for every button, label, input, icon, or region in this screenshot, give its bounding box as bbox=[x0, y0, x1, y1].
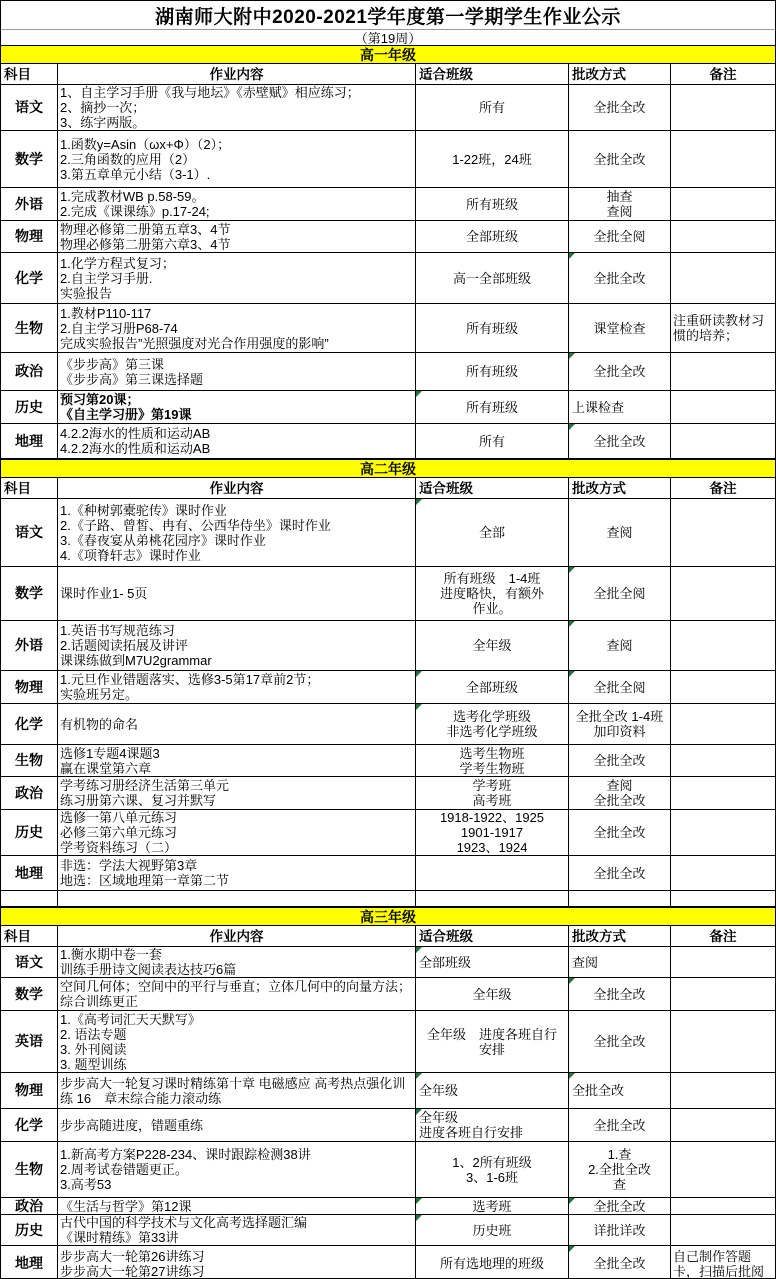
content-cell: 1.化学方程式复习； 2.自主学习手册. 实验报告 bbox=[58, 253, 416, 304]
grading-method-cell: 详批详改 bbox=[569, 1215, 671, 1246]
grading-method-cell: 全批全改 bbox=[569, 85, 671, 131]
grading-method-cell: 课堂检查 bbox=[569, 304, 671, 353]
table-row: 地理非选：学法大视野第3章 地选：区域地理第一章第二节全批全改 bbox=[1, 856, 775, 891]
table-row: 生物1.新高考方案P228-234、课时跟踪检测38讲 2.周考试卷错题更正。 … bbox=[1, 1142, 775, 1198]
fit-classes-cell: 所有班级 1-4班 进度略快，有额外 作业。 bbox=[416, 567, 569, 621]
note-cell bbox=[671, 499, 775, 567]
note-cell bbox=[671, 1215, 775, 1246]
content-cell: 选修一第八单元练习 必修三第六单元练习 学考资料练习（二） bbox=[58, 810, 416, 856]
subject-cell: 数学 bbox=[1, 567, 58, 621]
content-cell: 非选：学法大视野第3章 地选：区域地理第一章第二节 bbox=[58, 856, 416, 891]
grading-method-cell: 全批全阅 bbox=[569, 221, 671, 253]
fit-classes-cell: 所有 bbox=[416, 424, 569, 459]
content-cell: 4.2.2海水的性质和运动AB 4.2.2海水的性质和运动AB bbox=[58, 424, 416, 459]
fit-classes-cell: 高一全部班级 bbox=[416, 253, 569, 304]
subject-cell: 化学 bbox=[1, 704, 58, 745]
note-cell bbox=[671, 391, 775, 424]
cell-comment-marker-icon bbox=[569, 1246, 575, 1252]
note-cell bbox=[671, 810, 775, 856]
note-cell bbox=[671, 671, 775, 704]
table-row: 政治《步步高》第三课 《步步高》第三课选择题所有班级全批全改 bbox=[1, 353, 775, 391]
grading-method-cell: 上课检查 bbox=[569, 391, 671, 424]
grading-method-cell: 1.查 2.全批全改 查 bbox=[569, 1142, 671, 1198]
subject-cell: 地理 bbox=[1, 424, 58, 459]
column-header-row: 科目作业内容适合班级批改方式备注 bbox=[1, 926, 775, 947]
section-header-band: 高三年级 bbox=[1, 907, 775, 926]
content-cell: 选修1专题4课题3 赢在课堂第六章 bbox=[58, 745, 416, 777]
fit-classes-cell: 全部 bbox=[416, 499, 569, 567]
table-row: 历史古代中国的科学技术与文化高考选择题汇编 《课时精练》第33讲历史班详批详改 bbox=[1, 1215, 775, 1246]
section-header-band: 高一年级 bbox=[1, 45, 775, 64]
note-cell bbox=[671, 621, 775, 671]
column-header: 备注 bbox=[671, 64, 775, 85]
subject-cell: 物理 bbox=[1, 221, 58, 253]
fit-classes-cell: 所有选地理的班级 bbox=[416, 1246, 569, 1279]
cell-comment-marker-icon bbox=[416, 499, 422, 505]
content-cell bbox=[58, 891, 416, 907]
fit-classes-cell: 全部班级 bbox=[416, 947, 569, 978]
table-row bbox=[1, 891, 775, 907]
table-row: 生物1.教材P110-117 2.自主学习册P68-74 完成实验报告”光照强度… bbox=[1, 304, 775, 353]
table-row: 历史预习第20课； 《自主学习册》第19课所有班级上课检查 bbox=[1, 391, 775, 424]
table-row: 物理1.元旦作业错题落实、选修3-5第17章前2节； 实验班另定。全部班级全批全… bbox=[1, 671, 775, 704]
table-row: 地理4.2.2海水的性质和运动AB 4.2.2海水的性质和运动AB所有全批全改 bbox=[1, 424, 775, 459]
table-row: 英语1.《高考词汇天天默写》 2. 语法专题 3. 外刊阅读 3. 题型训练全年… bbox=[1, 1011, 775, 1073]
content-cell: 古代中国的科学技术与文化高考选择题汇编 《课时精练》第33讲 bbox=[58, 1215, 416, 1246]
table-row: 外语1.英语书写规范练习 2.话题阅读拓展及讲评 课课练做到M7U2gramma… bbox=[1, 621, 775, 671]
cell-comment-marker-icon bbox=[416, 391, 422, 397]
subject-cell: 历史 bbox=[1, 391, 58, 424]
table-row: 数学课时作业1- 5页所有班级 1-4班 进度略快，有额外 作业。全批全阅 bbox=[1, 567, 775, 621]
table-row: 政治《生活与哲学》第12课选考班全批全改 bbox=[1, 1198, 775, 1215]
content-cell: 步步高大一轮复习课时精练第十章 电磁感应 高考热点强化训练 16 章末综合能力滚… bbox=[58, 1073, 416, 1109]
cell-comment-marker-icon bbox=[416, 671, 422, 677]
note-cell bbox=[671, 1011, 775, 1073]
column-header: 批改方式 bbox=[569, 926, 671, 947]
grading-method-cell: 全批全改 bbox=[569, 856, 671, 891]
table-row: 语文1、自主学习手册《我与地坛》《赤壁赋》相应练习； 2、摘抄一次； 3、练字两… bbox=[1, 85, 775, 131]
subject-cell: 生物 bbox=[1, 745, 58, 777]
fit-classes-cell: 所有班级 bbox=[416, 353, 569, 391]
fit-classes-cell: 所有班级 bbox=[416, 304, 569, 353]
note-cell bbox=[671, 253, 775, 304]
grading-method-cell: 全批全阅 bbox=[569, 671, 671, 704]
fit-classes-cell: 全部班级 bbox=[416, 221, 569, 253]
note-cell bbox=[671, 777, 775, 810]
note-cell bbox=[671, 978, 775, 1011]
grading-method-cell: 全批全改 bbox=[569, 978, 671, 1011]
note-cell bbox=[671, 1109, 775, 1142]
subject-cell: 政治 bbox=[1, 1198, 58, 1215]
subject-cell: 政治 bbox=[1, 777, 58, 810]
content-cell: 步步高随进度，错题重练 bbox=[58, 1109, 416, 1142]
column-header: 作业内容 bbox=[58, 926, 416, 947]
table-row: 历史选修一第八单元练习 必修三第六单元练习 学考资料练习（二）1918-1922… bbox=[1, 810, 775, 856]
subject-cell: 历史 bbox=[1, 810, 58, 856]
table-row: 物理步步高大一轮复习课时精练第十章 电磁感应 高考热点强化训练 16 章末综合能… bbox=[1, 1073, 775, 1109]
cell-comment-marker-icon bbox=[416, 1198, 422, 1204]
content-cell: 《生活与哲学》第12课 bbox=[58, 1198, 416, 1215]
page-title: 湖南师大附中2020-2021学年度第一学期学生作业公示 bbox=[1, 1, 775, 30]
column-header: 适合班级 bbox=[416, 926, 569, 947]
subject-cell: 数学 bbox=[1, 978, 58, 1011]
table-row: 物理物理必修第二册第五章3、4节 物理必修第二册第六章3、4节全部班级全批全阅 bbox=[1, 221, 775, 253]
fit-classes-cell: 选考化学班级 非选考化学班级 bbox=[416, 704, 569, 745]
content-cell: 预习第20课； 《自主学习册》第19课 bbox=[58, 391, 416, 424]
content-cell: 1.完成教材WB p.58-59。 2.完成《课课练》p.17-24; bbox=[58, 188, 416, 221]
content-cell: 学考练习册经济生活第三单元 练习册第六课、复习并默写 bbox=[58, 777, 416, 810]
content-cell: 1.新高考方案P228-234、课时跟踪检测38讲 2.周考试卷错题更正。 3.… bbox=[58, 1142, 416, 1198]
note-cell bbox=[671, 704, 775, 745]
column-header: 适合班级 bbox=[416, 478, 569, 499]
cell-comment-marker-icon bbox=[569, 1073, 575, 1079]
content-cell: 1.教材P110-117 2.自主学习册P68-74 完成实验报告”光照强度对光… bbox=[58, 304, 416, 353]
content-cell: 有机物的命名 bbox=[58, 704, 416, 745]
column-header: 备注 bbox=[671, 478, 775, 499]
cell-comment-marker-icon bbox=[569, 1198, 575, 1204]
fit-classes-cell: 学考班 高考班 bbox=[416, 777, 569, 810]
subject-cell: 化学 bbox=[1, 253, 58, 304]
cell-comment-marker-icon bbox=[569, 353, 575, 359]
column-header: 作业内容 bbox=[58, 478, 416, 499]
fit-classes-cell: 选考班 bbox=[416, 1198, 569, 1215]
grading-method-cell: 全批全改 bbox=[569, 1073, 671, 1109]
content-cell: 1.元旦作业错题落实、选修3-5第17章前2节； 实验班另定。 bbox=[58, 671, 416, 704]
content-cell: 《步步高》第三课 《步步高》第三课选择题 bbox=[58, 353, 416, 391]
note-cell bbox=[671, 891, 775, 907]
fit-classes-cell: 全年级 bbox=[416, 978, 569, 1011]
subject-cell: 物理 bbox=[1, 1073, 58, 1109]
fit-classes-cell bbox=[416, 856, 569, 891]
fit-classes-cell: 所有班级 bbox=[416, 188, 569, 221]
cell-comment-marker-icon bbox=[416, 1073, 422, 1079]
grading-method-cell: 查阅 bbox=[569, 621, 671, 671]
subject-cell: 外语 bbox=[1, 188, 58, 221]
subject-cell bbox=[1, 891, 58, 907]
content-cell: 课时作业1- 5页 bbox=[58, 567, 416, 621]
fit-classes-cell: 所有班级 bbox=[416, 391, 569, 424]
subject-cell: 政治 bbox=[1, 353, 58, 391]
note-cell bbox=[671, 567, 775, 621]
subject-cell: 物理 bbox=[1, 671, 58, 704]
note-cell bbox=[671, 188, 775, 221]
sections-container: 高一年级科目作业内容适合班级批改方式备注语文1、自主学习手册《我与地坛》《赤壁赋… bbox=[1, 45, 775, 1279]
cell-comment-marker-icon bbox=[569, 978, 575, 984]
column-header: 批改方式 bbox=[569, 64, 671, 85]
column-header: 科目 bbox=[1, 926, 58, 947]
fit-classes-cell: 选考生物班 学考生物班 bbox=[416, 745, 569, 777]
subject-cell: 地理 bbox=[1, 1246, 58, 1279]
fit-classes-cell: 全部班级 bbox=[416, 671, 569, 704]
cell-comment-marker-icon bbox=[416, 704, 422, 710]
fit-classes-cell: 1、2所有班级 3、1-6班 bbox=[416, 1142, 569, 1198]
subject-cell: 语文 bbox=[1, 85, 58, 131]
grading-method-cell: 全批全改 1-4班 加印资料 bbox=[569, 704, 671, 745]
note-cell bbox=[671, 947, 775, 978]
content-cell: 1.函数y=Asin（ωx+Φ）（2）； 2.三角函数的应用（2） 3.第五章单… bbox=[58, 131, 416, 188]
fit-classes-cell bbox=[416, 891, 569, 907]
cell-comment-marker-icon bbox=[569, 621, 575, 627]
table-row: 数学空间几何体；空间中的平行与垂直；立体几何中的向量方法； 综合训练更正全年级全… bbox=[1, 978, 775, 1011]
cell-comment-marker-icon bbox=[416, 947, 422, 953]
homework-notice-document: 湖南师大附中2020-2021学年度第一学期学生作业公示 （第19周） 高一年级… bbox=[0, 0, 776, 1279]
page-subtitle: （第19周） bbox=[1, 30, 775, 45]
note-cell bbox=[671, 131, 775, 188]
subject-cell: 英语 bbox=[1, 1011, 58, 1073]
cell-comment-marker-icon bbox=[569, 424, 575, 430]
column-header: 科目 bbox=[1, 64, 58, 85]
subject-cell: 地理 bbox=[1, 856, 58, 891]
table-row: 外语1.完成教材WB p.58-59。 2.完成《课课练》p.17-24;所有班… bbox=[1, 188, 775, 221]
column-header-row: 科目作业内容适合班级批改方式备注 bbox=[1, 64, 775, 85]
grading-method-cell: 全批全改 bbox=[569, 1011, 671, 1073]
grading-method-cell: 全批全改 bbox=[569, 131, 671, 188]
note-cell: 注重研读教材习惯的培养； bbox=[671, 304, 775, 353]
fit-classes-cell: 全年级 进度各班自行 安排 bbox=[416, 1011, 569, 1073]
fit-classes-cell: 所有 bbox=[416, 85, 569, 131]
content-cell: 1.《种树郭橐驼传》课时作业 2.《子路、曾皙、冉有、公西华侍坐》课时作业 3.… bbox=[58, 499, 416, 567]
note-cell bbox=[671, 745, 775, 777]
grading-method-cell: 全批全改 bbox=[569, 745, 671, 777]
cell-comment-marker-icon bbox=[416, 1215, 422, 1221]
table-row: 语文1.《种树郭橐驼传》课时作业 2.《子路、曾皙、冉有、公西华侍坐》课时作业 … bbox=[1, 499, 775, 567]
column-header: 适合班级 bbox=[416, 64, 569, 85]
content-cell: 步步高大一轮第26讲练习 步步高大一轮第27讲练习 bbox=[58, 1246, 416, 1279]
grading-method-cell: 全批全阅 bbox=[569, 567, 671, 621]
subject-cell: 生物 bbox=[1, 1142, 58, 1198]
fit-classes-cell: 历史班 bbox=[416, 1215, 569, 1246]
cell-comment-marker-icon bbox=[569, 253, 575, 259]
grading-method-cell: 查阅 bbox=[569, 947, 671, 978]
note-cell bbox=[671, 353, 775, 391]
content-cell: 1.英语书写规范练习 2.话题阅读拓展及讲评 课课练做到M7U2grammar bbox=[58, 621, 416, 671]
column-header: 备注 bbox=[671, 926, 775, 947]
note-cell bbox=[671, 1142, 775, 1198]
note-cell bbox=[671, 1073, 775, 1109]
fit-classes-cell: 全年级 进度各班自行安排 bbox=[416, 1109, 569, 1142]
subject-cell: 数学 bbox=[1, 131, 58, 188]
subject-cell: 化学 bbox=[1, 1109, 58, 1142]
cell-comment-marker-icon bbox=[569, 567, 575, 573]
note-cell: 自己制作答题卡，扫描后批阅 bbox=[671, 1246, 775, 1279]
note-cell bbox=[671, 856, 775, 891]
subject-cell: 历史 bbox=[1, 1215, 58, 1246]
note-cell bbox=[671, 221, 775, 253]
grading-method-cell: 查阅 全批全改 bbox=[569, 777, 671, 810]
grading-method-cell: 全批全改 bbox=[569, 810, 671, 856]
table-row: 数学1.函数y=Asin（ωx+Φ）（2）； 2.三角函数的应用（2） 3.第五… bbox=[1, 131, 775, 188]
column-header-row: 科目作业内容适合班级批改方式备注 bbox=[1, 478, 775, 499]
subject-cell: 语文 bbox=[1, 499, 58, 567]
content-cell: 1.衡水期中卷一套 训练手册诗文阅读表达技巧6篇 bbox=[58, 947, 416, 978]
table-row: 生物选修1专题4课题3 赢在课堂第六章选考生物班 学考生物班全批全改 bbox=[1, 745, 775, 777]
table-row: 语文1.衡水期中卷一套 训练手册诗文阅读表达技巧6篇全部班级查阅 bbox=[1, 947, 775, 978]
column-header: 科目 bbox=[1, 478, 58, 499]
grading-method-cell: 全批全改 bbox=[569, 253, 671, 304]
fit-classes-cell: 1918-1922、1925 1901-1917 1923、1924 bbox=[416, 810, 569, 856]
grading-method-cell bbox=[569, 891, 671, 907]
table-row: 化学步步高随进度，错题重练全年级 进度各班自行安排全批全改 bbox=[1, 1109, 775, 1142]
grading-method-cell: 全批全改 bbox=[569, 1109, 671, 1142]
subject-cell: 语文 bbox=[1, 947, 58, 978]
column-header: 作业内容 bbox=[58, 64, 416, 85]
grading-method-cell: 全批全改 bbox=[569, 424, 671, 459]
section-header-band: 高二年级 bbox=[1, 459, 775, 478]
grading-method-cell: 抽查 查阅 bbox=[569, 188, 671, 221]
grading-method-cell: 全批全改 bbox=[569, 1246, 671, 1279]
table-row: 化学有机物的命名选考化学班级 非选考化学班级全批全改 1-4班 加印资料 bbox=[1, 704, 775, 745]
fit-classes-cell: 全年级 bbox=[416, 1073, 569, 1109]
subject-cell: 外语 bbox=[1, 621, 58, 671]
table-row: 化学1.化学方程式复习； 2.自主学习手册. 实验报告高一全部班级全批全改 bbox=[1, 253, 775, 304]
content-cell: 物理必修第二册第五章3、4节 物理必修第二册第六章3、4节 bbox=[58, 221, 416, 253]
fit-classes-cell: 1-22班，24班 bbox=[416, 131, 569, 188]
table-row: 地理步步高大一轮第26讲练习 步步高大一轮第27讲练习所有选地理的班级全批全改自… bbox=[1, 1246, 775, 1279]
subject-cell: 生物 bbox=[1, 304, 58, 353]
table-row: 政治学考练习册经济生活第三单元 练习册第六课、复习并默写学考班 高考班查阅 全批… bbox=[1, 777, 775, 810]
content-cell: 空间几何体；空间中的平行与垂直；立体几何中的向量方法； 综合训练更正 bbox=[58, 978, 416, 1011]
note-cell bbox=[671, 424, 775, 459]
content-cell: 1、自主学习手册《我与地坛》《赤壁赋》相应练习； 2、摘抄一次； 3、练字两版。 bbox=[58, 85, 416, 131]
fit-classes-cell: 全年级 bbox=[416, 621, 569, 671]
grading-method-cell: 查阅 bbox=[569, 499, 671, 567]
cell-comment-marker-icon bbox=[416, 1109, 422, 1115]
cell-comment-marker-icon bbox=[569, 671, 575, 677]
grading-method-cell: 全批全改 bbox=[569, 1198, 671, 1215]
grading-method-cell: 全批全改 bbox=[569, 353, 671, 391]
note-cell bbox=[671, 1198, 775, 1215]
column-header: 批改方式 bbox=[569, 478, 671, 499]
note-cell bbox=[671, 85, 775, 131]
content-cell: 1.《高考词汇天天默写》 2. 语法专题 3. 外刊阅读 3. 题型训练 bbox=[58, 1011, 416, 1073]
